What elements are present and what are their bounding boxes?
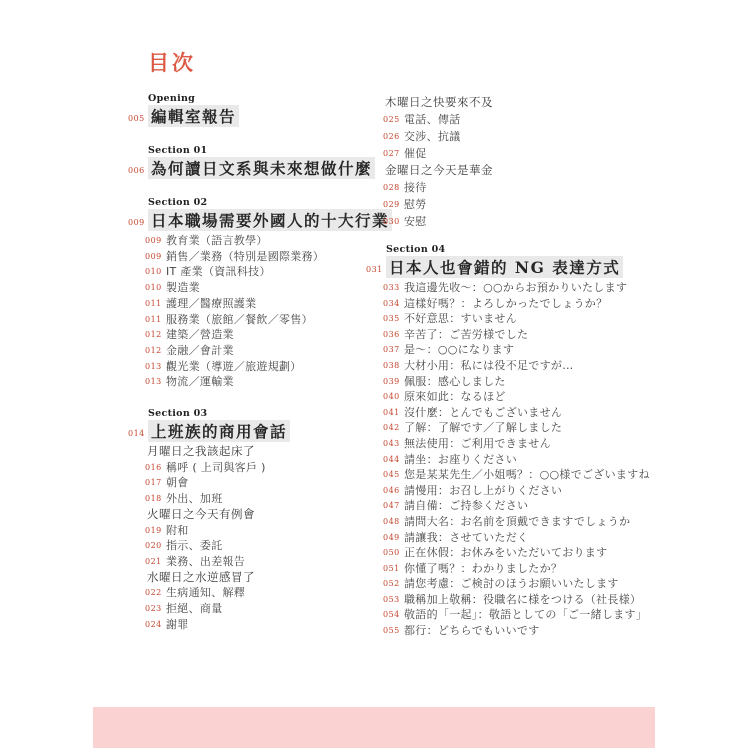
item-page-number: 044	[383, 452, 404, 468]
toc-item: 028接待	[366, 179, 706, 196]
toc-item: 009銷售／業務（特別是國際業務）	[128, 249, 380, 265]
toc-item: 041沒什麼：とんでもございません	[366, 405, 706, 421]
section-page-number: 014	[128, 420, 148, 439]
item-label: IT 產業（資訊科技）	[166, 264, 271, 280]
item-page-number: 028	[383, 179, 404, 196]
toc-item: 054敬語的「一起」：敬語としての「ご一緒します」	[366, 607, 706, 623]
item-label: 敬語的「一起」：敬語としての「ご一緒します」	[404, 607, 647, 623]
item-label: 無法使用：ご利用できません	[404, 436, 551, 452]
item-label: 附和	[166, 523, 189, 539]
toc-item: 042了解：了解です／了解しました	[366, 420, 706, 436]
toc-item: 055都行：どちらでもいいです	[366, 623, 706, 639]
column-2-rows: 木曜日之快要來不及025電話、傳話026交涉、抗議027催促金曜日之今天是華金0…	[366, 94, 706, 639]
item-page-number: 029	[383, 196, 404, 213]
item-page-number: 025	[383, 111, 404, 128]
item-page-number: 026	[383, 128, 404, 145]
item-page-number: 012	[145, 343, 166, 359]
section-page-number: 005	[128, 105, 148, 124]
day-group-label: 水曜日之水逆感冒了	[128, 570, 380, 586]
item-page-number: 019	[145, 523, 166, 539]
toc-item: 012建築／營造業	[128, 327, 380, 343]
section-heading-label: 日本職場需要外國人的十大行業	[148, 209, 392, 231]
item-label: 請坐：お座りください	[404, 452, 517, 468]
item-label: 銷售／業務（特別是國際業務）	[166, 249, 324, 265]
toc-item: 053職稱加上敬稱：役職名に様をつける（社長様）	[366, 592, 706, 608]
item-page-number: 048	[383, 514, 404, 530]
section-heading: 006為何讀日文系與未來想做什麼	[128, 157, 380, 179]
item-label: 慰勞	[404, 196, 427, 213]
toc-item: 047請自備：ご持参ください	[366, 498, 706, 514]
item-page-number: 010	[145, 264, 166, 280]
item-label: 你懂了嗎？：わかりましたか？	[404, 561, 562, 577]
toc-item: 026交涉、抗議	[366, 128, 706, 145]
item-label: 職稱加上敬稱：役職名に様をつける（社長様）	[404, 592, 641, 608]
item-page-number: 051	[383, 561, 404, 577]
item-label: 請您考慮：ご検討のほうお願いいたします	[404, 576, 619, 592]
toc-item: 020指示、委託	[128, 538, 380, 554]
toc-item: 048請問大名：お名前を頂戴できますでしょうか	[366, 514, 706, 530]
toc-item: 017朝會	[128, 475, 380, 491]
footer-accent-bar	[93, 707, 655, 748]
section-heading: 009日本職場需要外國人的十大行業	[128, 209, 380, 231]
toc-item: 030安慰	[366, 213, 706, 230]
item-label: 辛苦了：ご苦労様でした	[404, 327, 528, 343]
section-page-number: 009	[128, 209, 148, 228]
item-page-number: 049	[383, 530, 404, 546]
item-page-number: 040	[383, 389, 404, 405]
item-page-number: 041	[383, 405, 404, 421]
section-page-number: 031	[366, 256, 386, 275]
item-label: 製造業	[166, 280, 200, 296]
toc-item: 044請坐：お座りください	[366, 452, 706, 468]
toc-item: 043無法使用：ご利用できません	[366, 436, 706, 452]
item-page-number: 023	[145, 601, 166, 617]
item-label: 大材小用：私には役不足ですが…	[404, 358, 574, 374]
item-label: 請讓我：させていただく	[404, 530, 528, 546]
item-label: 金融／會計業	[166, 343, 234, 359]
section-heading-label: 為何讀日文系與未來想做什麼	[148, 157, 375, 179]
column-1: 目次 Opening005編輯室報告Section 01006為何讀日文系與未來…	[128, 50, 380, 632]
item-page-number: 037	[383, 342, 404, 358]
item-page-number: 011	[145, 296, 166, 312]
toc-item: 011服務業（旅館／餐飲／零售）	[128, 312, 380, 328]
item-label: 接待	[404, 179, 427, 196]
item-label: 稱呼 ( 上司與客戶 )	[166, 460, 266, 476]
section-label: Section 03	[128, 407, 380, 420]
toc-item: 029慰勞	[366, 196, 706, 213]
item-page-number: 050	[383, 545, 404, 561]
item-label: 沒什麼：とんでもございません	[404, 405, 562, 421]
item-page-number: 013	[145, 374, 166, 390]
item-label: 不好意思：すいません	[404, 311, 517, 327]
toc-item: 038大材小用：私には役不足ですが…	[366, 358, 706, 374]
item-page-number: 036	[383, 327, 404, 343]
item-label: 指示、委託	[166, 538, 223, 554]
day-group-label: 火曜日之今天有例會	[128, 507, 380, 523]
item-label: 催促	[404, 145, 427, 162]
toc-item: 011護理／醫療照護業	[128, 296, 380, 312]
toc-item: 037是～：○○になります	[366, 342, 706, 358]
toc-item: 035不好意思：すいません	[366, 311, 706, 327]
item-page-number: 046	[383, 483, 404, 499]
item-page-number: 035	[383, 311, 404, 327]
item-page-number: 027	[383, 145, 404, 162]
toc-item: 034這樣好嗎？：よろしかったでしょうか？	[366, 296, 706, 312]
toc-item: 010IT 產業（資訊科技）	[128, 264, 380, 280]
toc-item: 023拒絕、商量	[128, 601, 380, 617]
item-label: 建築／營造業	[166, 327, 234, 343]
toc-item: 025電話、傳話	[366, 111, 706, 128]
item-label: 朝會	[166, 475, 189, 491]
toc-item: 012金融／會計業	[128, 343, 380, 359]
section-page-number: 006	[128, 157, 148, 176]
item-page-number: 020	[145, 538, 166, 554]
item-page-number: 024	[145, 617, 166, 633]
section-heading: 031日本人也會錯的 NG 表達方式	[366, 256, 706, 278]
item-page-number: 033	[383, 280, 404, 296]
column-1-rows: Opening005編輯室報告Section 01006為何讀日文系與未來想做什…	[128, 92, 380, 632]
toc-item: 027催促	[366, 145, 706, 162]
section-heading: 005編輯室報告	[128, 105, 380, 127]
toc-item: 013物流／運輸業	[128, 374, 380, 390]
section-heading: 014上班族的商用會話	[128, 420, 380, 442]
item-page-number: 045	[383, 467, 404, 483]
section-label: Opening	[128, 92, 380, 105]
toc-item: 009教育業（語言教學）	[128, 233, 380, 249]
item-page-number: 012	[145, 327, 166, 343]
section-heading-label: 日本人也會錯的 NG 表達方式	[386, 256, 623, 278]
item-page-number: 043	[383, 436, 404, 452]
item-page-number: 013	[145, 359, 166, 375]
item-label: 佩服：感心しました	[404, 374, 506, 390]
item-page-number: 054	[383, 607, 404, 623]
toc-item: 045您是某某先生／小姐嗎？：○○様でございますね	[366, 467, 706, 483]
section-label: Section 02	[128, 196, 380, 209]
section-label: Section 04	[366, 243, 706, 256]
item-page-number: 016	[145, 460, 166, 476]
item-label: 物流／運輸業	[166, 374, 234, 390]
day-group-label: 月曜日之我該起床了	[128, 444, 380, 460]
item-label: 外出、加班	[166, 491, 223, 507]
toc-item: 018外出、加班	[128, 491, 380, 507]
item-label: 請問大名：お名前を頂戴できますでしょうか	[404, 514, 630, 530]
item-page-number: 009	[145, 233, 166, 249]
item-label: 拒絕、商量	[166, 601, 223, 617]
toc-item: 049請讓我：させていただく	[366, 530, 706, 546]
item-label: 服務業（旅館／餐飲／零售）	[166, 312, 313, 328]
item-page-number: 009	[145, 249, 166, 265]
item-page-number: 052	[383, 576, 404, 592]
item-label: 是～：○○になります	[404, 342, 514, 358]
toc-item: 019附和	[128, 523, 380, 539]
item-label: 觀光業（導遊／旅遊規劃）	[166, 359, 302, 375]
toc-item: 013觀光業（導遊／旅遊規劃）	[128, 359, 380, 375]
page-title: 目次	[128, 50, 380, 76]
toc-item: 036辛苦了：ご苦労様でした	[366, 327, 706, 343]
item-page-number: 034	[383, 296, 404, 312]
item-label: 交涉、抗議	[404, 128, 461, 145]
item-label: 了解：了解です／了解しました	[404, 420, 562, 436]
item-label: 生病通知、解釋	[166, 585, 245, 601]
section-heading-label: 編輯室報告	[148, 105, 239, 127]
item-page-number: 021	[145, 554, 166, 570]
toc-item: 050正在休假：お休みをいただいております	[366, 545, 706, 561]
item-label: 謝罪	[166, 617, 189, 633]
toc-item: 040原來如此：なるほど	[366, 389, 706, 405]
item-label: 原來如此：なるほど	[404, 389, 506, 405]
toc-item: 022生病通知、解釋	[128, 585, 380, 601]
item-page-number: 047	[383, 498, 404, 514]
day-group-label: 金曜日之今天是華金	[366, 162, 706, 179]
item-label: 您是某某先生／小姐嗎？：○○様でございますね	[404, 467, 650, 483]
item-page-number: 010	[145, 280, 166, 296]
item-page-number: 011	[145, 312, 166, 328]
toc-item: 039佩服：感心しました	[366, 374, 706, 390]
toc-item: 010製造業	[128, 280, 380, 296]
item-page-number: 030	[383, 213, 404, 230]
item-label: 教育業（語言教學）	[166, 233, 268, 249]
day-group-label: 木曜日之快要來不及	[366, 94, 706, 111]
toc-item: 051你懂了嗎？：わかりましたか？	[366, 561, 706, 577]
item-page-number: 039	[383, 374, 404, 390]
item-label: 正在休假：お休みをいただいております	[404, 545, 607, 561]
item-label: 請慢用：お召し上がりください	[404, 483, 562, 499]
toc-item: 024謝罪	[128, 617, 380, 633]
toc-item: 033我這邊先收～：○○からお預かりいたします	[366, 280, 706, 296]
item-label: 都行：どちらでもいいです	[404, 623, 540, 639]
item-label: 請自備：ご持参ください	[404, 498, 528, 514]
item-page-number: 055	[383, 623, 404, 639]
item-page-number: 022	[145, 585, 166, 601]
toc-item: 052請您考慮：ご検討のほうお願いいたします	[366, 576, 706, 592]
section-heading-label: 上班族的商用會話	[148, 420, 290, 442]
toc-item: 016稱呼 ( 上司與客戶 )	[128, 460, 380, 476]
item-page-number: 017	[145, 475, 166, 491]
item-label: 電話、傳話	[404, 111, 461, 128]
item-label: 安慰	[404, 213, 427, 230]
item-label: 這樣好嗎？：よろしかったでしょうか？	[404, 296, 607, 312]
item-page-number: 053	[383, 592, 404, 608]
column-2: 木曜日之快要來不及025電話、傳話026交涉、抗議027催促金曜日之今天是華金0…	[366, 94, 706, 639]
section-label: Section 01	[128, 144, 380, 157]
item-label: 業務、出差報告	[166, 554, 245, 570]
item-page-number: 038	[383, 358, 404, 374]
item-page-number: 018	[145, 491, 166, 507]
toc-item: 046請慢用：お召し上がりください	[366, 483, 706, 499]
item-page-number: 042	[383, 420, 404, 436]
item-label: 護理／醫療照護業	[166, 296, 256, 312]
item-label: 我這邊先收～：○○からお預かりいたします	[404, 280, 627, 296]
toc-item: 021業務、出差報告	[128, 554, 380, 570]
